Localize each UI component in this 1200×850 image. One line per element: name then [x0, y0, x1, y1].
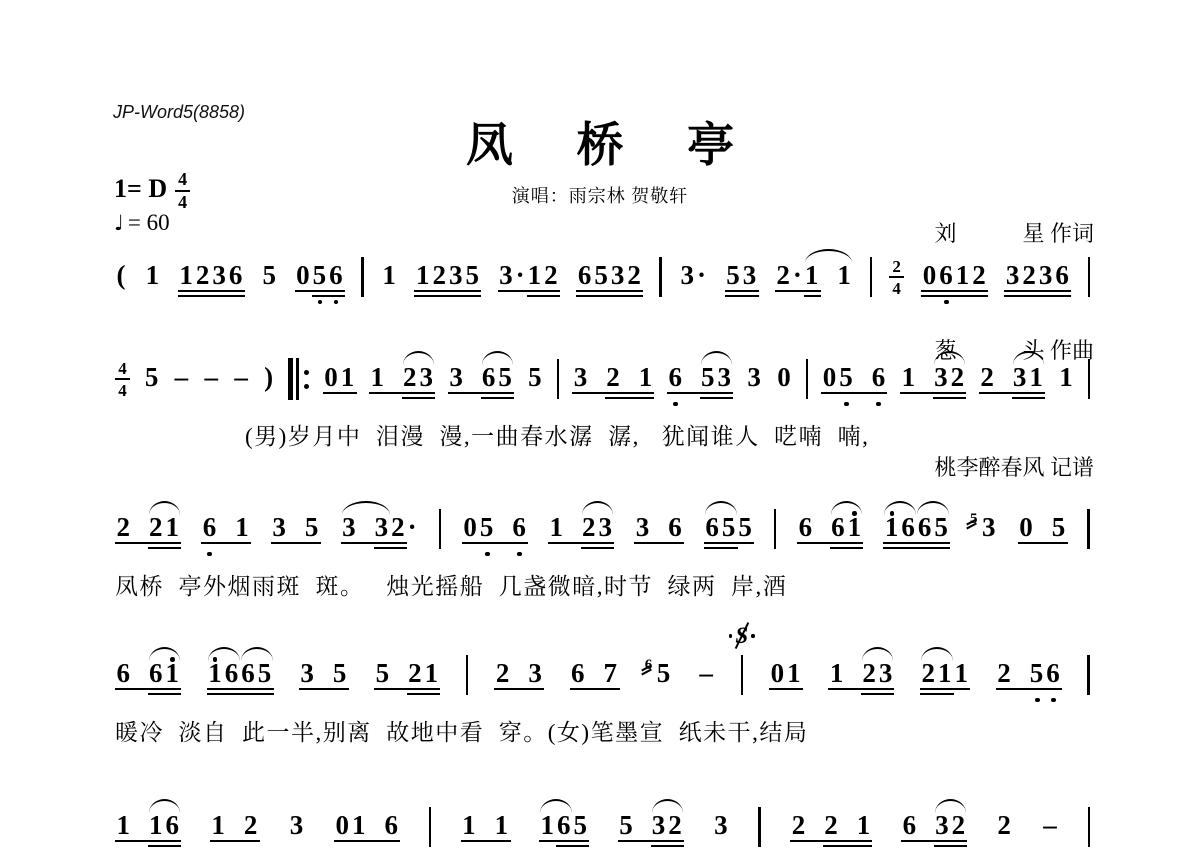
note-char: 6 — [570, 656, 587, 690]
beam-line — [830, 547, 863, 549]
beam-line — [581, 547, 614, 549]
note-char: 6 — [511, 510, 528, 544]
note-char: 2 — [996, 656, 1013, 690]
note-char: 0 — [462, 510, 479, 544]
beam-line — [790, 840, 872, 842]
note-char: 2 — [581, 510, 598, 544]
barline — [774, 509, 776, 549]
note-group: 653 — [667, 360, 733, 406]
beam-line — [920, 693, 954, 695]
music-system-1: (112365056112353·1265323·532·11240612323… — [115, 258, 1090, 304]
note-char: 3 — [527, 656, 544, 690]
slur-arc — [805, 249, 852, 263]
slur-arc — [482, 351, 513, 365]
barline — [557, 359, 559, 399]
notation-row: 445–––)011233655321653300561322311 — [115, 360, 1090, 406]
note-group: 5 — [261, 258, 278, 304]
beam-line — [207, 688, 274, 690]
note-char: 6 — [115, 656, 132, 690]
note-group: 2 — [996, 808, 1013, 850]
note-group: 661 — [797, 510, 863, 556]
beam-line — [312, 295, 345, 297]
note-char: 3 — [572, 360, 589, 394]
note-group: 53 — [970, 510, 997, 556]
note-char: 2 — [861, 656, 878, 690]
note-char: 5 — [1028, 656, 1045, 690]
note-char: 5 — [572, 808, 589, 842]
beam-line — [576, 290, 643, 292]
note-char: 1 — [234, 510, 251, 544]
beam-line — [115, 840, 181, 842]
beam-line — [402, 397, 435, 399]
key-label: 1= D — [114, 174, 167, 204]
note-char: 5 — [464, 258, 481, 292]
note-char: 2 — [823, 808, 840, 842]
note-char: 2 — [494, 656, 511, 690]
note-char: 3 — [448, 360, 465, 394]
note-char: · — [791, 258, 803, 292]
beam-line — [797, 542, 863, 544]
note-char: 6 — [830, 510, 847, 544]
note-char: 2 — [194, 258, 211, 292]
note-char: 2 — [543, 258, 560, 292]
slur-arc — [149, 647, 180, 661]
music-system-2: 445–––)011233655321653300561322311 (男)岁月… — [115, 360, 1090, 451]
note-char: 5 — [618, 808, 635, 842]
note-char: 5 — [933, 510, 950, 544]
note-char: 2 — [115, 510, 132, 544]
note-group: 0 — [776, 360, 793, 406]
beam-line — [374, 547, 407, 549]
note-char: 6 — [704, 510, 721, 544]
beam-line — [527, 295, 560, 297]
barline — [439, 509, 441, 549]
beam-line — [823, 845, 872, 847]
note-char: 5 — [374, 656, 391, 690]
octave-dot-below — [844, 402, 849, 407]
note-char: 3 — [597, 510, 614, 544]
note-group: 123 — [548, 510, 614, 556]
beam-line — [883, 547, 950, 549]
note-group: – — [233, 360, 250, 406]
notation-row: (112365056112353·1265323·532·11240612323… — [115, 258, 1090, 304]
note-char: 1 — [339, 360, 356, 394]
note-char: 1 — [855, 808, 872, 842]
beam-line — [148, 845, 181, 847]
beam-line — [548, 542, 614, 544]
beam-line — [178, 295, 245, 297]
octave-dot-below — [207, 552, 212, 557]
note-char: 2 — [971, 258, 988, 292]
credit-transcriber: 桃李醉春风 记谱 — [934, 448, 1094, 487]
octave-dot-below — [517, 552, 522, 557]
octave-dot-below — [1035, 698, 1040, 703]
credit-lyricist: 刘 星 作词 — [934, 214, 1094, 253]
slur-arc — [935, 799, 966, 813]
notation-row: 1161230161116553232216322– — [115, 808, 1090, 850]
beam-line — [996, 688, 1062, 690]
note-char: 6 — [1054, 258, 1071, 292]
note-char: 6 — [480, 360, 497, 394]
tempo-value: = 60 — [128, 210, 170, 236]
beam-line — [576, 295, 643, 297]
note-char: 6 — [328, 258, 345, 292]
note-char: 3 — [211, 258, 228, 292]
note-group: 0612 — [921, 258, 987, 304]
beam-line — [828, 688, 894, 690]
note-group: 221 — [790, 808, 872, 850]
note-group: 1665 — [883, 510, 949, 556]
note-char: 6 — [797, 510, 814, 544]
note-char: 1 — [210, 808, 227, 842]
beam-line — [634, 542, 684, 544]
segno-icon: S — [732, 623, 752, 649]
note-char: 7 — [602, 656, 619, 690]
barline — [429, 807, 431, 847]
note-char: 3 — [934, 808, 951, 842]
beam-line — [605, 397, 654, 399]
repeat-dot — [304, 370, 309, 375]
beam-line — [271, 542, 321, 544]
note-group: 532 — [618, 808, 684, 850]
note-char: 2 — [148, 510, 165, 544]
note-group: ) — [263, 360, 275, 406]
octave-dot-below — [318, 300, 323, 305]
barline — [870, 257, 872, 297]
beam-line — [148, 547, 181, 549]
beam-line — [921, 295, 988, 297]
beam-line — [775, 290, 821, 292]
beam-line — [769, 688, 803, 690]
beam-line — [407, 693, 440, 695]
note-char: 2 — [996, 808, 1013, 842]
note-char: 3 — [1011, 360, 1028, 394]
note-char: 5 — [655, 656, 672, 690]
note-char: 6 — [227, 258, 244, 292]
note-char: 3 — [288, 808, 305, 842]
note-char: 6 — [223, 656, 240, 690]
note-char: 3 — [498, 258, 515, 292]
note-group: 6532 — [576, 258, 642, 304]
note-char: 6 — [900, 510, 917, 544]
note-char: ( — [115, 258, 127, 292]
note-char: 2 — [626, 258, 643, 292]
beam-line — [295, 290, 345, 292]
barline — [1088, 257, 1090, 297]
inline-time-signature: 44 — [115, 360, 130, 399]
note-char: 1 — [900, 360, 917, 394]
note-char: 1 — [423, 656, 440, 690]
note-group: 256 — [996, 656, 1062, 702]
note-group: 1235 — [414, 258, 480, 304]
lyrics-line: (男)岁月中 泪漫 漫,一曲春水潺 潺, 犹闻谁人 呓喃 喃, — [115, 418, 1090, 451]
note-char: 3 — [716, 360, 733, 394]
beam-line — [461, 840, 511, 842]
note-char: 5 — [720, 510, 737, 544]
repeat-thin-bar — [296, 358, 298, 400]
note-group: 1236 — [178, 258, 244, 304]
grace-note: 5 — [970, 512, 978, 527]
music-system-4: 661166535521236765–S01123211256 暖冷 淡自 此一… — [115, 656, 1090, 747]
note-char: 6 — [916, 510, 933, 544]
note-char: 3 — [447, 258, 464, 292]
inline-time-signature: 24 — [889, 258, 904, 297]
note-char: 5 — [497, 360, 514, 394]
beam-line — [921, 290, 988, 292]
beam-line — [539, 840, 589, 842]
note-char: – — [173, 360, 190, 394]
repeat-dots — [304, 370, 309, 389]
beam-line — [334, 840, 400, 842]
note-group: 1665 — [207, 656, 273, 702]
beam-line — [481, 397, 514, 399]
slur-arc — [705, 501, 737, 515]
note-char: 3 — [741, 258, 758, 292]
note-group: 3· — [679, 258, 708, 304]
lyrics-line: 凤桥 亭外烟雨斑 斑。 烛光摇船 几盏微暗,时节 绿两 岸,酒 — [115, 568, 1090, 601]
note-char: 5 — [311, 258, 328, 292]
beam-line — [804, 295, 821, 297]
note-char: 5 — [1050, 510, 1067, 544]
beam-line — [207, 693, 274, 695]
sheet-music-page: JP-Word5(8858) 凤 桥 亭 演唱：雨宗林 贺敬轩 刘 星 作词 葱… — [0, 0, 1200, 850]
slur-arc — [701, 351, 732, 365]
note-group: – — [698, 656, 715, 702]
beam-line — [920, 688, 970, 690]
note-char: 1 — [493, 808, 510, 842]
time-bottom: 4 — [118, 382, 127, 399]
beam-line — [900, 392, 966, 394]
note-char: ) — [263, 360, 275, 394]
note-char: 1 — [803, 258, 820, 292]
beam-line — [374, 688, 440, 690]
slur-arc — [342, 501, 390, 515]
note-char: 2 — [1021, 258, 1038, 292]
grace-note: 6 — [645, 658, 653, 673]
slur-arc — [540, 799, 572, 813]
octave-dot-below — [673, 402, 678, 407]
note-char: 2 — [605, 360, 622, 394]
note-group: 67 — [570, 656, 619, 702]
beam-line — [1018, 542, 1068, 544]
note-char: 5 — [838, 360, 855, 394]
time-bottom: 4 — [892, 280, 901, 297]
beam-line — [704, 542, 754, 544]
note-group: 056 — [295, 258, 345, 304]
note-group: 01 — [323, 360, 356, 406]
note-char: 6 — [667, 360, 684, 394]
note-char: 2 — [242, 808, 259, 842]
note-char: 3 — [634, 510, 651, 544]
octave-dot-above — [890, 511, 895, 516]
note-char: 5 — [737, 510, 754, 544]
beam-line — [704, 547, 738, 549]
octave-dot-above — [213, 657, 218, 662]
note-group: 3 — [713, 808, 730, 850]
lyrics-line: 暖冷 淡自 此一半,别离 故地中看 穿。(女)笔墨宣 纸未干,结局 — [115, 714, 1090, 747]
note-char: 3 — [877, 656, 894, 690]
note-char: 1 — [351, 808, 368, 842]
note-char: 0 — [1018, 510, 1035, 544]
barline — [1088, 807, 1090, 847]
beam-line — [1012, 397, 1045, 399]
tempo-marking: ♩ = 60 — [114, 210, 170, 236]
note-group: 211 — [920, 656, 970, 702]
note-group: 3 — [746, 360, 763, 406]
note-char: 1 — [548, 510, 565, 544]
note-group: – — [203, 360, 220, 406]
note-char: 6 — [901, 808, 918, 842]
note-char: 6 — [870, 360, 887, 394]
note-char: 2 — [390, 510, 407, 544]
time-top: 2 — [892, 258, 901, 275]
credits-block: 刘 星 作词 葱 头 作曲 桃李醉春风 记谱 — [934, 136, 1094, 565]
note-char: 5 — [478, 510, 495, 544]
octave-dot-below — [1051, 698, 1056, 703]
repeat-thick-bar — [288, 358, 293, 400]
note-char: 2 — [949, 360, 966, 394]
note-char: 1 — [115, 808, 132, 842]
beam-line — [861, 693, 894, 695]
note-group: 53 — [725, 258, 758, 304]
note-char: 0 — [921, 258, 938, 292]
note-char: 3 — [746, 360, 763, 394]
note-char: 3 — [299, 656, 316, 690]
note-char: 2 — [402, 360, 419, 394]
barline — [1087, 509, 1089, 549]
note-char: 5 — [303, 510, 320, 544]
note-char: 2 — [775, 258, 792, 292]
beam-line — [148, 693, 181, 695]
note-char: 5 — [331, 656, 348, 690]
octave-dot-below — [944, 300, 949, 305]
meter-fraction: 4 4 — [175, 170, 190, 211]
slur-arc — [862, 647, 893, 661]
notation-row: 2216135332·0561233665566116655305 — [115, 510, 1090, 556]
note-group: 116 — [115, 808, 181, 850]
note-char: 3 — [1037, 258, 1054, 292]
beam-line — [700, 397, 733, 399]
note-group: 3 — [288, 808, 305, 850]
note-group: 056 — [462, 510, 528, 556]
slur-arc — [149, 501, 180, 515]
meter-bottom: 4 — [178, 193, 187, 211]
meter-top: 4 — [178, 170, 187, 188]
note-char: 1 — [637, 360, 654, 394]
slur-arc — [921, 647, 953, 661]
note-char: 2 — [790, 808, 807, 842]
note-char: 6 — [555, 808, 572, 842]
beam-line — [725, 295, 759, 297]
note-char: · — [514, 258, 526, 292]
note-char: 1 — [954, 258, 971, 292]
note-group: 655 — [704, 510, 754, 556]
note-char: 1 — [1058, 360, 1075, 394]
barline — [1088, 359, 1090, 399]
beam-line — [414, 290, 481, 292]
note-char: 6 — [1045, 656, 1062, 690]
beam-line — [341, 542, 407, 544]
note-group: 35 — [299, 656, 348, 702]
beam-line — [1004, 295, 1071, 297]
note-group: 05 — [1018, 510, 1067, 556]
note-group: 231 — [979, 360, 1045, 406]
quarter-note-icon: ♩ — [114, 211, 124, 235]
note-char: 0 — [776, 360, 793, 394]
note-char: 1 — [828, 656, 845, 690]
note-char: 1 — [539, 808, 556, 842]
note-char: 1 — [178, 258, 195, 292]
note-char: – — [233, 360, 250, 394]
note-char: 0 — [769, 656, 786, 690]
beam-line — [1004, 290, 1071, 292]
beam-line — [210, 840, 260, 842]
octave-dot-above — [852, 511, 857, 516]
barline — [1087, 655, 1089, 695]
octave-dot-below — [334, 300, 339, 305]
note-char: 6 — [667, 510, 684, 544]
note-group: 2·11 — [775, 258, 853, 304]
note-char: 3 — [341, 510, 358, 544]
note-group: 1 — [1058, 360, 1075, 406]
note-char: 6 — [148, 656, 165, 690]
segno-dot — [729, 634, 733, 638]
beam-line — [933, 397, 966, 399]
beam-line — [462, 542, 528, 544]
note-char: 1 — [461, 808, 478, 842]
octave-dot-below — [485, 552, 490, 557]
note-char: 0 — [295, 258, 312, 292]
barline — [806, 359, 808, 399]
note-group: 365 — [448, 360, 514, 406]
note-char: 1 — [1028, 360, 1045, 394]
note-char: 5 — [256, 656, 273, 690]
note-group: 661 — [115, 656, 181, 702]
slur-arc — [403, 351, 434, 365]
note-char: 1 — [786, 656, 803, 690]
note-char: 5 — [143, 360, 160, 394]
beam-line — [979, 392, 1045, 394]
repeat-begin-sign — [288, 358, 309, 400]
note-group: 521 — [374, 656, 440, 702]
beam-line — [821, 392, 887, 394]
note-group: 632 — [901, 808, 967, 850]
slur-arc — [149, 799, 180, 813]
note-group: – — [173, 360, 190, 406]
note-group: 056 — [821, 360, 887, 406]
note-group: 321 — [572, 360, 654, 406]
note-char: 6 — [201, 510, 218, 544]
note-char: 3 — [1004, 258, 1021, 292]
note-char: 3 — [713, 808, 730, 842]
key-signature: 1= D 4 4 — [114, 168, 190, 209]
beam-line — [556, 845, 589, 847]
note-char: 3 — [418, 360, 435, 394]
note-char: 2 — [979, 360, 996, 394]
note-char: 1 — [414, 258, 431, 292]
note-char: 1 — [953, 656, 970, 690]
note-group: ( — [115, 258, 127, 304]
beam-line — [115, 688, 181, 690]
note-char: 1 — [164, 510, 181, 544]
note-group: 332· — [341, 510, 419, 556]
beam-line — [667, 392, 733, 394]
beam-line — [178, 290, 245, 292]
note-group: 65 — [645, 656, 672, 702]
note-char: 2 — [667, 808, 684, 842]
barline — [466, 655, 468, 695]
note-char: 3 — [609, 258, 626, 292]
